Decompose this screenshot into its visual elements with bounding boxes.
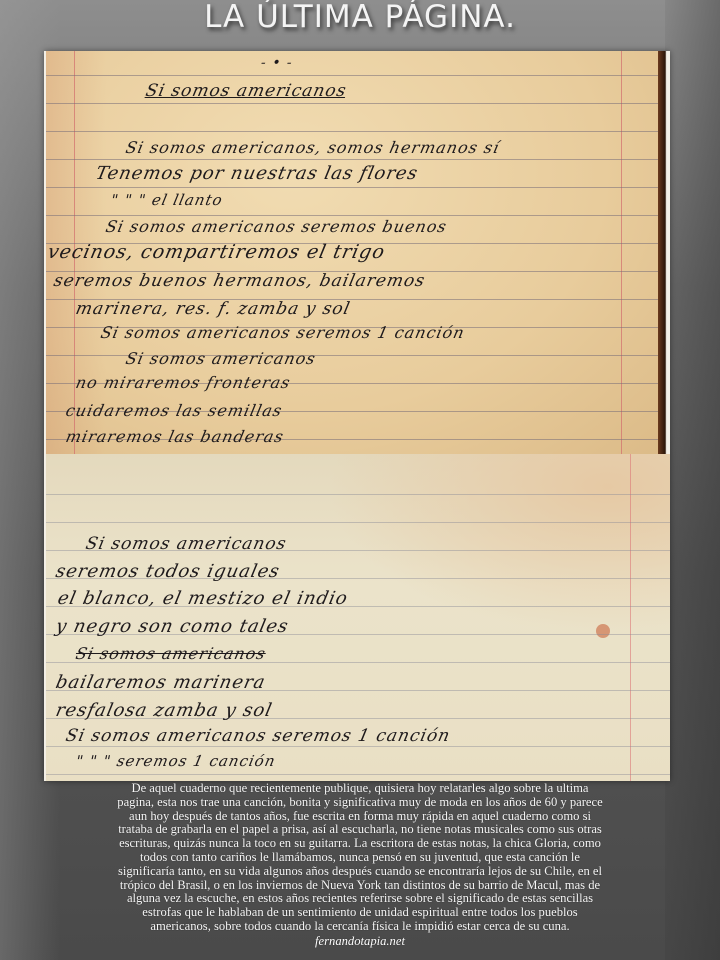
slide-title: LA ÚLTIMA PÁGINA. xyxy=(0,0,720,40)
handwritten-line: Si somos americanos seremos 1 canción xyxy=(64,726,452,746)
ruled-line xyxy=(46,131,658,132)
caption-line: alguna vez la escuche, en estos años rec… xyxy=(40,892,680,906)
handwritten-line: el blanco, el mestizo el indio xyxy=(56,588,350,609)
margin-line xyxy=(630,454,631,781)
handwritten-line: Si somos americanos xyxy=(84,534,289,554)
handwritten-line: cuidaremos las semillas xyxy=(64,401,284,420)
handwritten-line: vecinos, compartiremos el trigo xyxy=(46,241,388,263)
caption-line: estrofas que le hablaban de un sentimien… xyxy=(40,906,680,920)
handwritten-line: Si somos americanos seremos 1 canción xyxy=(99,323,467,342)
ruled-line xyxy=(46,215,658,216)
caption-line: trataba de grabarla en el papel a prisa,… xyxy=(40,823,680,837)
caption-line: trópico del Brasil, o en los inviernos d… xyxy=(40,879,680,893)
notebook-photo: - • - Si somos americanos Si somos ameri… xyxy=(44,51,670,781)
handwritten-line: Si somos americanos, somos hermanos sí xyxy=(124,138,502,157)
source-credit: fernandotapia.net xyxy=(40,934,680,948)
ruled-line xyxy=(46,746,670,747)
handwritten-line: - • - xyxy=(259,55,294,71)
caption-line: todos con tanto cariños le llamábamos, n… xyxy=(40,851,680,865)
handwritten-line: " " " seremos 1 canción xyxy=(74,752,277,770)
handwritten-line: Si somos americanos xyxy=(124,349,318,368)
handwritten-line: no miraremos fronteras xyxy=(74,373,293,392)
caption-line: significaría tanto, en su vida algunos a… xyxy=(40,865,680,879)
ruled-line xyxy=(46,774,670,775)
handwritten-line: miraremos las banderas xyxy=(64,427,286,446)
ink-stain xyxy=(596,624,610,638)
handwritten-heading: Si somos americanos xyxy=(144,81,349,101)
handwritten-line: Tenemos por nuestras las flores xyxy=(94,163,420,184)
handwritten-line: marinera, res. f. zamba y sol xyxy=(74,299,352,319)
caption-line: aun hoy después de tantos años, fue escr… xyxy=(40,810,680,824)
handwritten-line: " " " el llanto xyxy=(109,191,225,209)
notebook-spine xyxy=(658,51,670,454)
ruled-line xyxy=(46,494,670,495)
handwritten-line: Si somos americanos seremos buenos xyxy=(104,217,449,236)
notebook-lower-page: Si somos americanos seremos todos iguale… xyxy=(46,454,670,781)
handwritten-line: resfalosa zamba y sol xyxy=(54,700,275,721)
handwritten-line: seremos buenos hermanos, bailaremos xyxy=(52,271,427,291)
handwritten-line: seremos todos iguales xyxy=(54,561,282,582)
caption-line: escrituras, quizás nunca la toco en su g… xyxy=(40,837,680,851)
handwritten-line: y negro son como tales xyxy=(54,616,291,637)
ruled-line xyxy=(46,75,658,76)
caption-line: De aquel cuaderno que recientemente publ… xyxy=(40,782,680,796)
ruled-line xyxy=(46,522,670,523)
caption-line: pagina, esta nos trae una canción, bonit… xyxy=(40,796,680,810)
handwritten-line-crossed-out: Si somos americanos xyxy=(74,644,268,663)
notebook-upper-page: - • - Si somos americanos Si somos ameri… xyxy=(46,51,658,454)
handwritten-line: bailaremos marinera xyxy=(54,672,268,693)
caption-text: De aquel cuaderno que recientemente publ… xyxy=(40,782,680,948)
ruled-line xyxy=(46,159,658,160)
ruled-line xyxy=(46,187,658,188)
caption-line: americanos, sobre todos cuando la cercan… xyxy=(40,920,680,934)
ruled-line xyxy=(46,103,658,104)
margin-line xyxy=(621,51,622,454)
